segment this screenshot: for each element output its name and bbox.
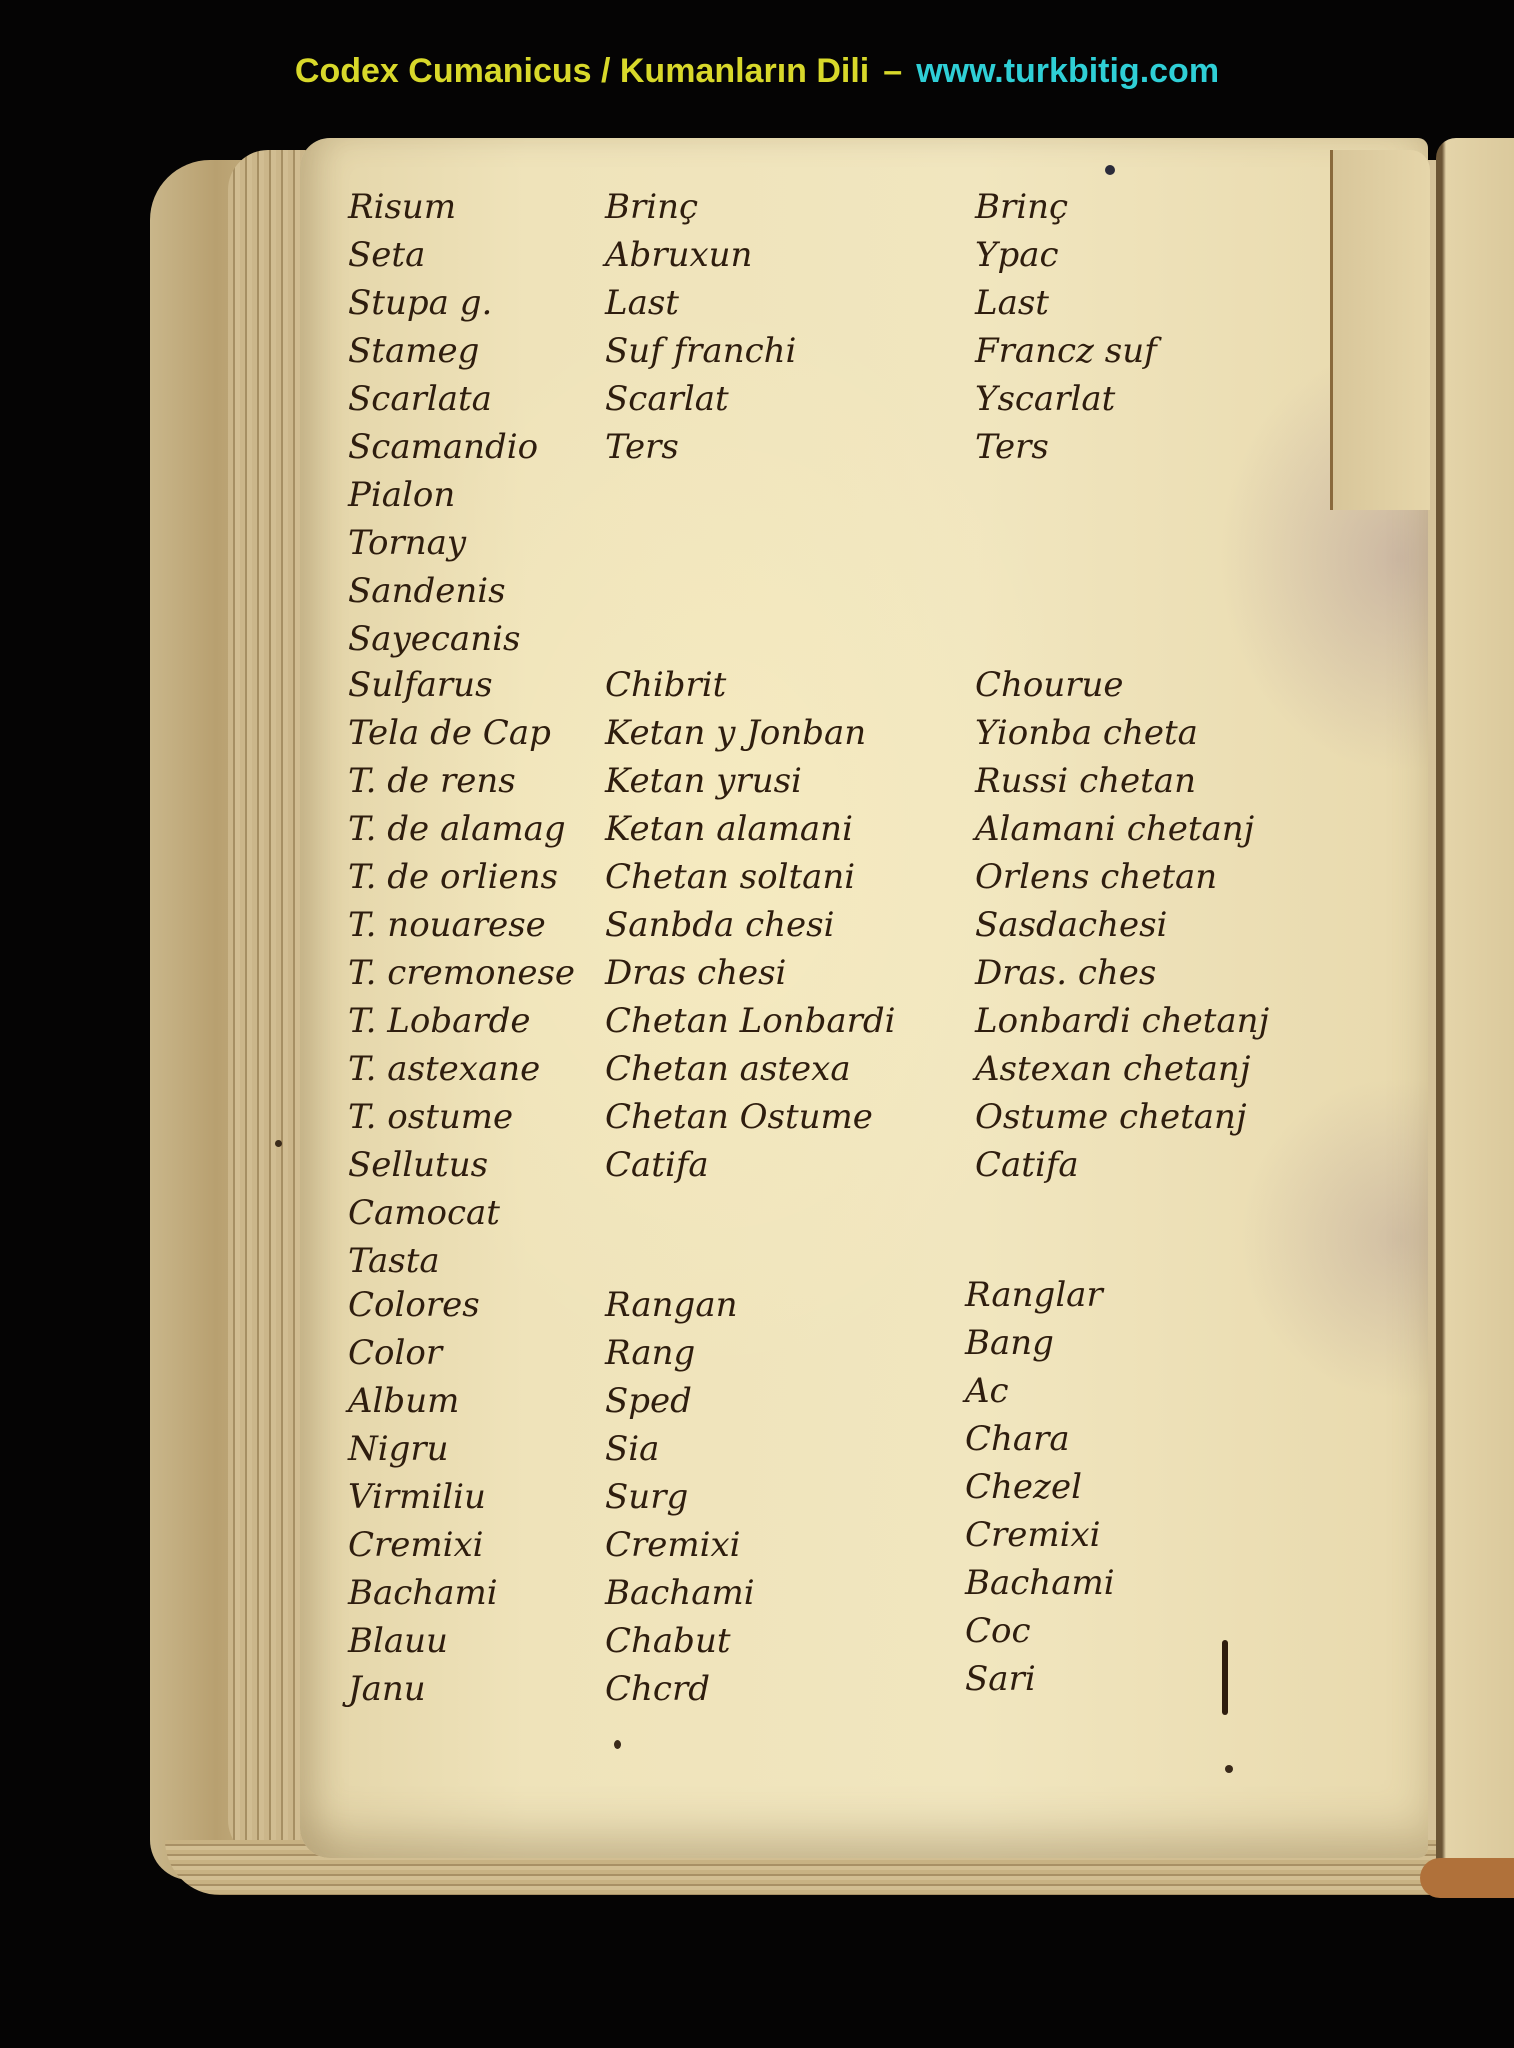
persian-word: Ketan y Jonban [605, 716, 896, 764]
persian-word: Cremixi [605, 1528, 755, 1576]
cuman-column: Chourue Yionba cheta Russi chetan Alaman… [975, 668, 1269, 1196]
persian-word: Chcrd [605, 1672, 755, 1720]
ink-stroke-mark [1222, 1640, 1228, 1715]
latin-word: Tela de Cap [348, 716, 575, 764]
persian-word: Sanbda chesi [605, 908, 896, 956]
cuman-word: Ters [975, 430, 1157, 478]
latin-word: Sandenis [348, 574, 520, 622]
latin-word: T. Lobarde [348, 1004, 575, 1052]
persian-word: Last [605, 286, 796, 334]
persian-word: Chabut [605, 1624, 755, 1672]
cuman-word: Ypac [975, 238, 1157, 286]
persian-word: Bachami [605, 1576, 755, 1624]
ink-blot [1105, 165, 1115, 175]
persian-column: Rangan Rang Sped Sia Surg Cremixi Bacham… [605, 1288, 755, 1720]
cuman-word: Russi chetan [975, 764, 1269, 812]
persian-word: Sia [605, 1432, 755, 1480]
latin-word: Blauu [348, 1624, 498, 1672]
cuman-word: Yionba cheta [975, 716, 1269, 764]
persian-word: Chetan Lonbardi [605, 1004, 896, 1052]
cuman-word: Sasdachesi [975, 908, 1269, 956]
latin-word: Camocat [348, 1196, 575, 1244]
latin-word: Stameg [348, 334, 538, 382]
cuman-word: Orlens chetan [975, 860, 1269, 908]
persian-word: Ketan yrusi [605, 764, 896, 812]
persian-word: Catifa [605, 1148, 896, 1196]
cuman-word: Ostume chetanj [975, 1100, 1269, 1148]
cuman-word: Chara [965, 1422, 1115, 1470]
cuman-column: Brinç Ypac Last Francz suf Yscarlat Ters [975, 190, 1157, 478]
persian-word: Ters [605, 430, 796, 478]
latin-word: Album [348, 1384, 498, 1432]
cuman-word: Last [975, 286, 1157, 334]
latin-word: Cremixi [348, 1528, 498, 1576]
latin-word: T. cremonese [348, 956, 575, 1004]
persian-word: Brinç [605, 190, 796, 238]
latin-word: Seta [348, 238, 538, 286]
cuman-word: Yscarlat [975, 382, 1157, 430]
persian-word: Sped [605, 1384, 755, 1432]
latin-word: Janu [348, 1672, 498, 1720]
latin-word: Sellutus [348, 1148, 575, 1196]
latin-word: Virmiliu [348, 1480, 498, 1528]
persian-word: Rangan [605, 1288, 755, 1336]
persian-column: Brinç Abruxun Last Suf franchi Scarlat T… [605, 190, 796, 478]
cuman-word: Brinç [975, 190, 1157, 238]
latin-word: T. de alamag [348, 812, 575, 860]
cuman-word: Francz suf [975, 334, 1157, 382]
persian-word: Suf franchi [605, 334, 796, 382]
cuman-word: Lonbardi chetanj [975, 1004, 1269, 1052]
persian-word: Abruxun [605, 238, 796, 286]
latin-column: Pialon Tornay Sandenis Sayecanis [348, 478, 520, 670]
cuman-word: Dras. ches [975, 956, 1269, 1004]
cuman-word: Bachami [965, 1566, 1115, 1614]
cuman-word: Ranglar [965, 1278, 1115, 1326]
latin-word: Risum [348, 190, 538, 238]
latin-word: Pialon [348, 478, 520, 526]
latin-word: Color [348, 1336, 498, 1384]
latin-word: T. de rens [348, 764, 575, 812]
persian-word: Dras chesi [605, 956, 896, 1004]
manuscript-text: Risum Seta Stupa g. Stameg Scarlata Scam… [0, 0, 1514, 2048]
latin-word: Bachami [348, 1576, 498, 1624]
persian-word: Scarlat [605, 382, 796, 430]
cuman-word: Bang [965, 1326, 1115, 1374]
cuman-column: Ranglar Bang Ac Chara Chezel Cremixi Bac… [965, 1278, 1115, 1710]
ink-dot [1225, 1765, 1233, 1773]
cuman-word: Catifa [975, 1148, 1269, 1196]
persian-word: Chetan soltani [605, 860, 896, 908]
cuman-word: Cremixi [965, 1518, 1115, 1566]
latin-column: Colores Color Album Nigru Virmiliu Cremi… [348, 1288, 498, 1720]
cuman-word: Alamani chetanj [975, 812, 1269, 860]
ink-dot [614, 1740, 621, 1749]
latin-word: Nigru [348, 1432, 498, 1480]
cuman-word: Sari [965, 1662, 1115, 1710]
latin-word: Stupa g. [348, 286, 538, 334]
persian-word: Chibrit [605, 668, 896, 716]
latin-column: Sulfarus Tela de Cap T. de rens T. de al… [348, 668, 575, 1292]
cuman-word: Ac [965, 1374, 1115, 1422]
latin-word: Scamandio [348, 430, 538, 478]
ink-dot [275, 1140, 282, 1147]
latin-word: T. de orliens [348, 860, 575, 908]
cuman-word: Coc [965, 1614, 1115, 1662]
cuman-word: Astexan chetanj [975, 1052, 1269, 1100]
persian-word: Rang [605, 1336, 755, 1384]
persian-word: Chetan astexa [605, 1052, 896, 1100]
persian-word: Ketan alamani [605, 812, 896, 860]
latin-word: Scarlata [348, 382, 538, 430]
latin-word: T. ostume [348, 1100, 575, 1148]
latin-column: Risum Seta Stupa g. Stameg Scarlata Scam… [348, 190, 538, 478]
persian-word: Chetan Ostume [605, 1100, 896, 1148]
persian-word: Surg [605, 1480, 755, 1528]
cuman-word: Chezel [965, 1470, 1115, 1518]
latin-word: T. nouarese [348, 908, 575, 956]
latin-word: T. astexane [348, 1052, 575, 1100]
latin-word: Sulfarus [348, 668, 575, 716]
latin-word: Sayecanis [348, 622, 520, 670]
persian-column: Chibrit Ketan y Jonban Ketan yrusi Ketan… [605, 668, 896, 1196]
latin-word: Tornay [348, 526, 520, 574]
latin-word: Colores [348, 1288, 498, 1336]
cuman-word: Chourue [975, 668, 1269, 716]
